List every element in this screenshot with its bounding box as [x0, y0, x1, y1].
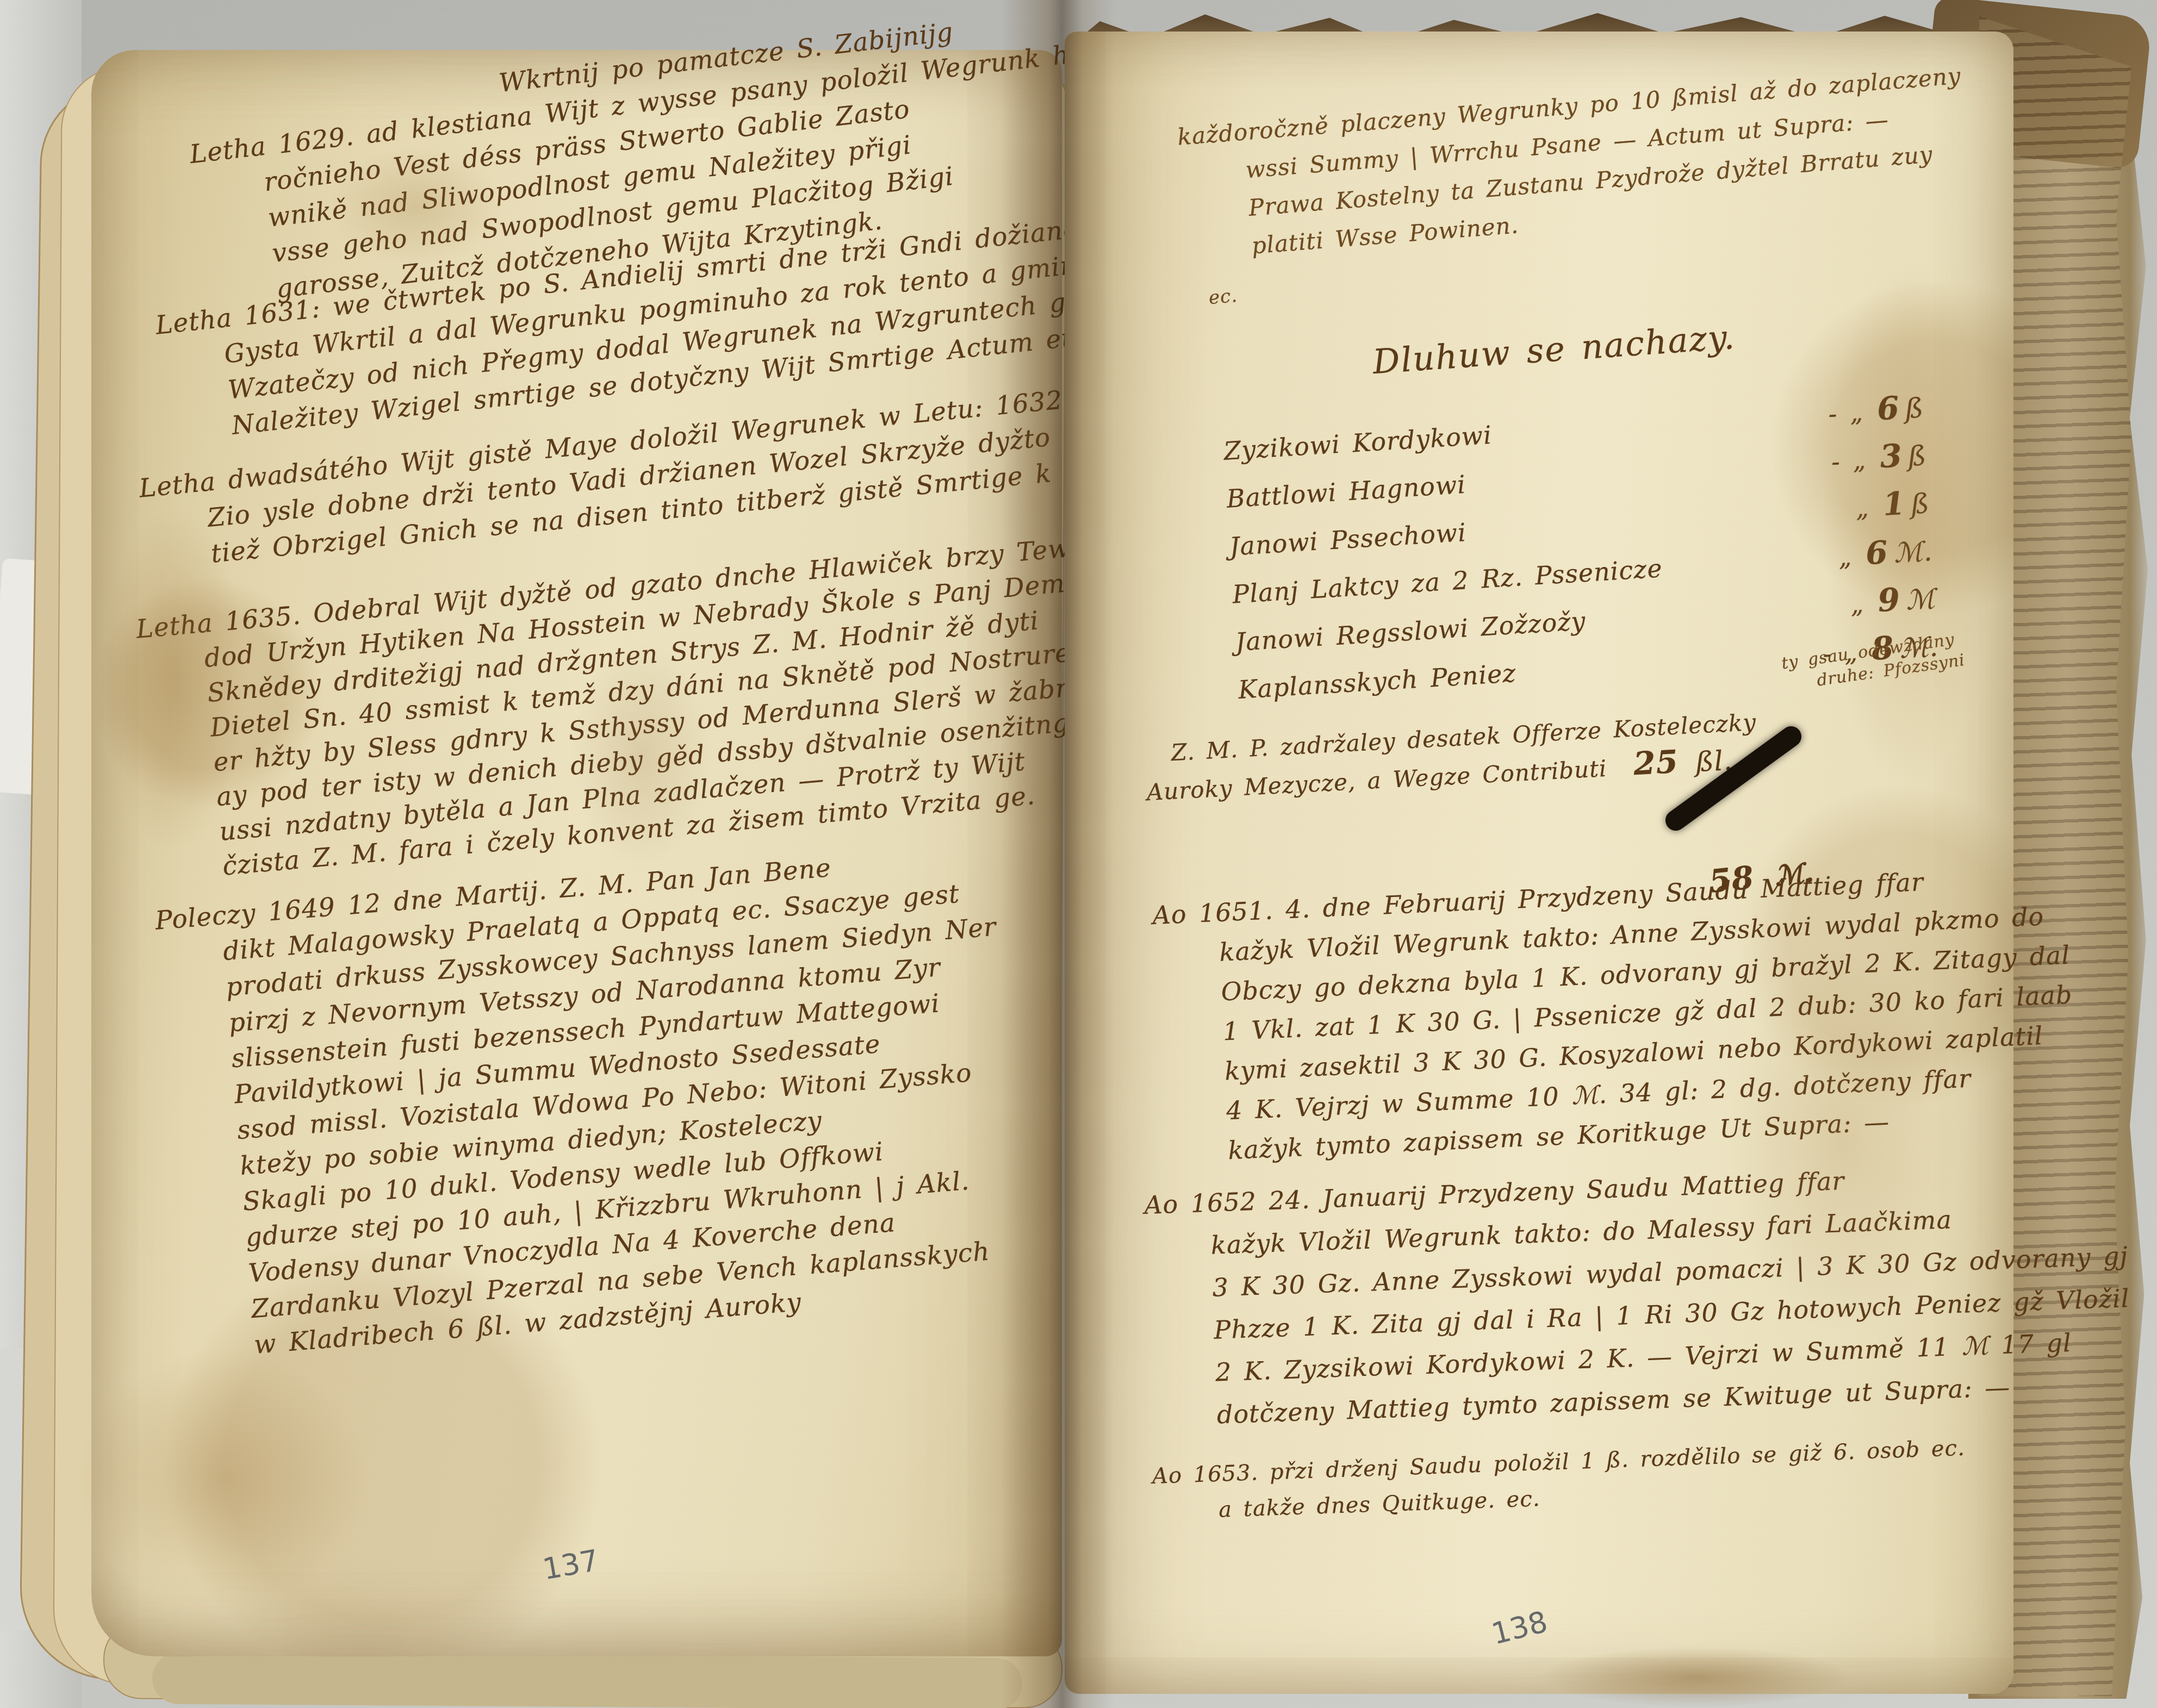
- entry-1652: Ao 1652 24. Januarij Przydzeny Saudu Mat…: [1143, 1152, 2076, 1438]
- leader-dashes: „: [1661, 536, 1867, 588]
- left-page: Wkrtnij po pamatcze S. ZabijnijgLetha 16…: [91, 50, 1062, 1656]
- photo-of-manuscript: { "photo": { "description_colors": { "pa…: [0, 0, 2157, 1708]
- postscript-mark: ec.: [1208, 285, 1238, 309]
- currency-symbol: ℳ: [1905, 579, 1937, 621]
- right-page: každoročzně placzeny Wegrunky po 10 ßmis…: [1065, 32, 2013, 1694]
- entry-1649: Poleczy 1649 12 dne Martij. Z. M. Pan Ja…: [154, 834, 1068, 1368]
- page-stack-edge-bottom: [152, 1652, 1023, 1708]
- entry-1653: Ao 1653. přzi drženj Saudu položil 1 ß. …: [1152, 1426, 2078, 1530]
- debt-amount: 3: [1879, 436, 1904, 477]
- debt-amount: 1: [1882, 484, 1907, 525]
- currency-symbol: ß: [1904, 388, 1925, 429]
- folio-number-right: 138: [1488, 1604, 1551, 1651]
- tithe-amount: 25: [1632, 743, 1679, 782]
- debt-amount: 6: [1864, 533, 1889, 574]
- debt-amount: 9: [1876, 580, 1901, 621]
- currency-symbol: ß: [1910, 484, 1931, 525]
- entry-1635: Letha 1635. Odebral Wijt dyžtě od gzato …: [135, 534, 1058, 890]
- debts-heading: Dluhuw se nachazy.: [1320, 313, 1789, 385]
- entry-1651: Ao 1651. 4. dne Februarij Przydzeny Saud…: [1152, 856, 2077, 1174]
- currency-symbol: ℳ.: [1893, 532, 1934, 574]
- top-continuation-paragraph: každoročzně placzeny Wegrunky po 10 ßmis…: [1176, 53, 2023, 270]
- debt-amount: 6: [1876, 388, 1901, 429]
- currency-symbol: ß: [1907, 436, 1928, 477]
- folio-number-left: 137: [540, 1543, 601, 1587]
